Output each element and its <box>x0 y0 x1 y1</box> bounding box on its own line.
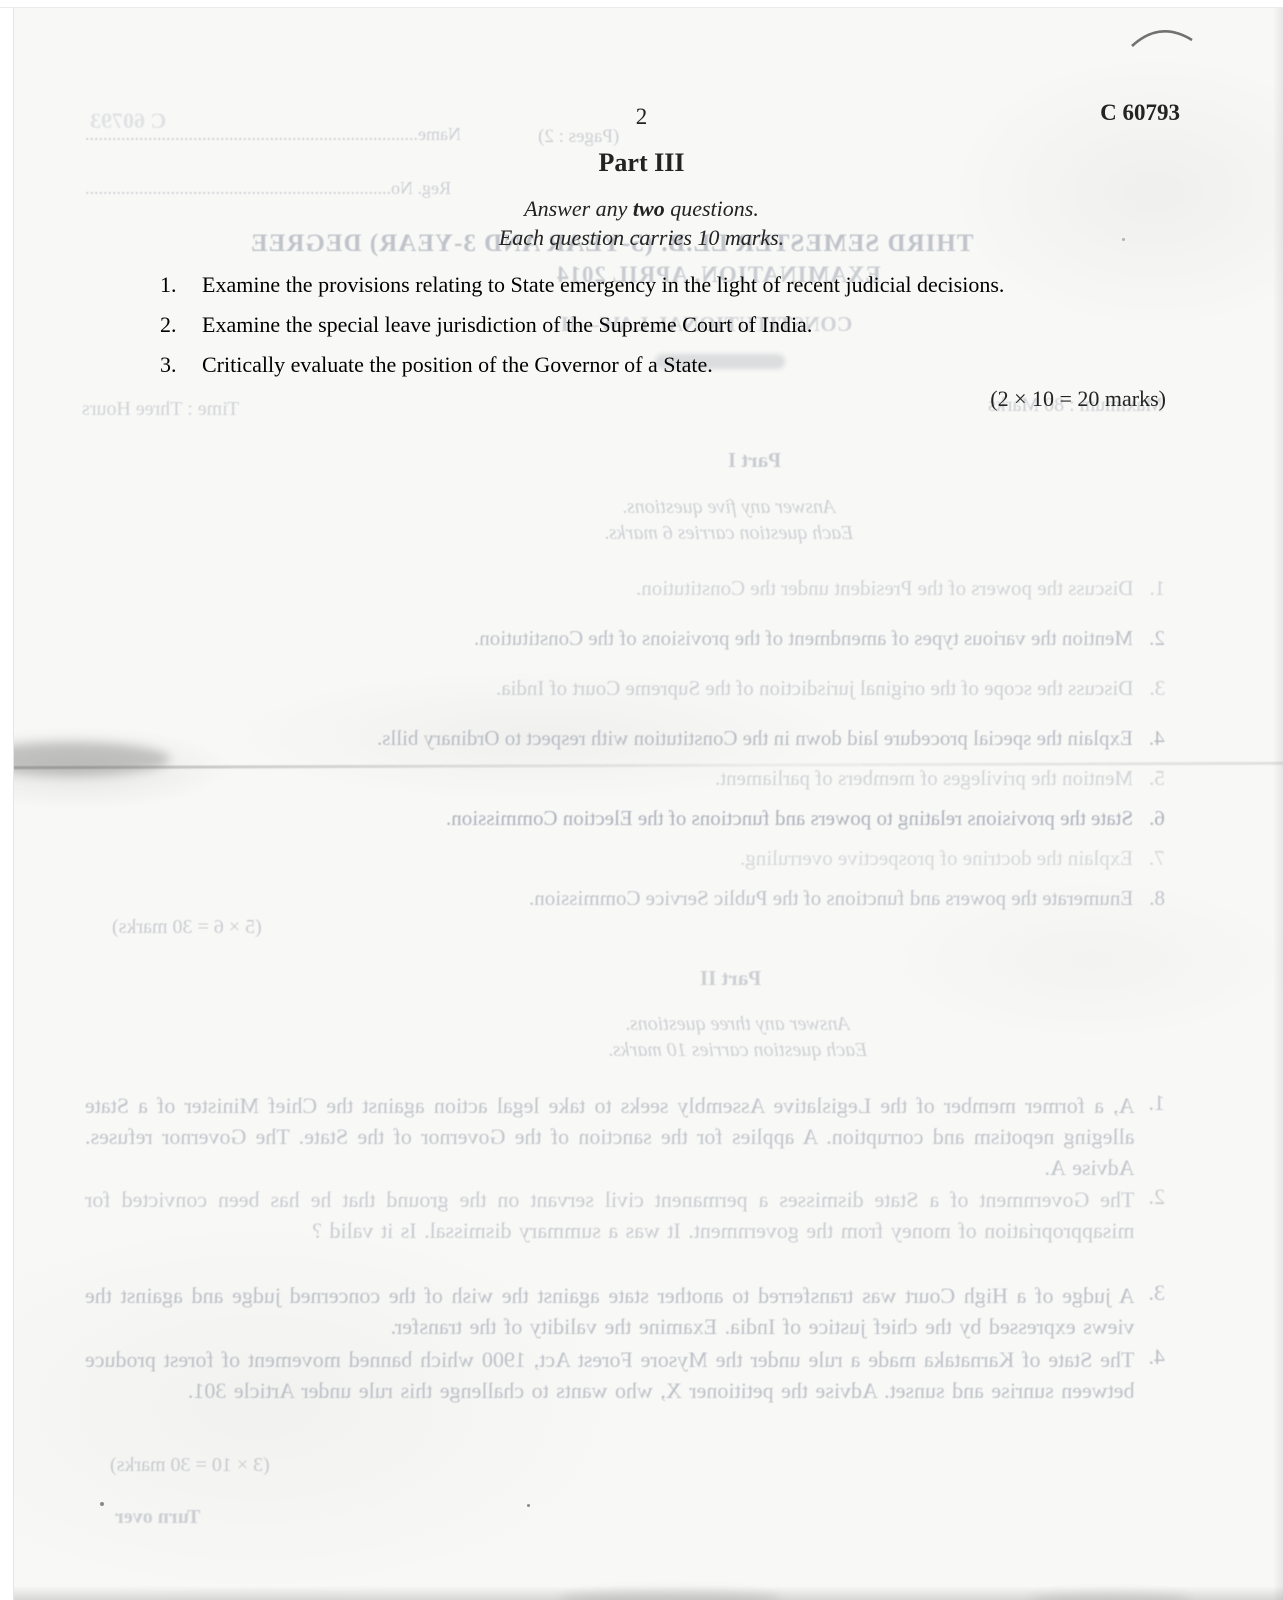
scan-bottom-shadow <box>0 1586 1283 1600</box>
scan-margin-left <box>0 0 14 1600</box>
ghost-part2-instruction-2: Each question carries 10 marks. <box>608 1039 867 1062</box>
ghost-question-text: Explain the doctrine of prospective over… <box>740 846 1133 871</box>
ghost-question-text: The State of Karnataka made a rule under… <box>85 1344 1135 1406</box>
ghost-question-text: A, a former member of the Legislative As… <box>85 1090 1135 1183</box>
ink-speck <box>527 1504 530 1507</box>
ghost-question-text: Explain the special procedure laid down … <box>377 726 1133 751</box>
instruction-line-2: Each question carries 10 marks. <box>0 225 1283 251</box>
ghost-time-line: Time : Three Hours <box>82 398 239 421</box>
paper-code: C 60793 <box>1100 100 1180 126</box>
ghost-question-text: Discuss the powers of the President unde… <box>636 576 1134 601</box>
ghost-part1-item: 3. Discuss the scope of the original jur… <box>496 676 1165 701</box>
ghost-part1-heading: Part I <box>728 448 781 473</box>
question-item: 1. Examine the provisions relating to St… <box>160 272 1170 298</box>
ghost-part2-item: 4. The State of Karnataka made a rule un… <box>85 1344 1165 1406</box>
ghost-part1-item: 8. Enumerate the powers and functions of… <box>529 886 1165 911</box>
ghost-part2-marks: (3 × 10 = 30 marks) <box>110 1454 270 1477</box>
ink-speck <box>100 1502 104 1506</box>
question-number: 2. <box>160 312 202 338</box>
ghost-question-number: 4. <box>1149 1344 1166 1370</box>
ghost-question-text: Enumerate the powers and functions of th… <box>529 886 1133 911</box>
question-item: 3. Critically evaluate the position of t… <box>160 352 1170 378</box>
instruction-line-1: Answer any two questions. <box>0 196 1283 222</box>
page-curl-mark <box>1128 18 1198 52</box>
question-number: 1. <box>160 272 202 298</box>
ghost-question-number: 3. <box>1149 1280 1166 1306</box>
ghost-part2-item: 2. The Government of a State dismisses a… <box>85 1184 1165 1246</box>
part-heading: Part III <box>0 148 1283 178</box>
ghost-question-number: 1. <box>1149 576 1165 601</box>
ghost-part1-marks: (5 × 6 = 30 marks) <box>112 916 262 939</box>
instruction-pre: Answer any <box>524 196 633 221</box>
ghost-question-text: State the provisions relating to powers … <box>446 806 1133 831</box>
page-number: 2 <box>0 104 1283 130</box>
ghost-part1-item: 6. State the provisions relating to powe… <box>446 806 1165 831</box>
ghost-question-text: A judge of a High Court was transferred … <box>85 1280 1135 1342</box>
question-item: 2. Examine the special leave jurisdictio… <box>160 312 1170 338</box>
ghost-part1-item: 4. Explain the special procedure laid do… <box>377 726 1165 751</box>
marks-total: (2 × 10 = 20 marks) <box>990 386 1166 412</box>
ghost-part1-item: 2. Mention the various types of amendmen… <box>474 626 1165 651</box>
question-text: Critically evaluate the position of the … <box>202 352 713 378</box>
instruction-post: questions. <box>665 196 759 221</box>
ghost-part1-item: 5. Mention the privileges of members of … <box>715 766 1165 791</box>
question-text: Examine the provisions relating to State… <box>202 272 1004 298</box>
ghost-question-text: The Government of a State dismisses a pe… <box>85 1184 1135 1246</box>
ink-speck <box>1122 238 1125 241</box>
question-text: Examine the special leave jurisdiction o… <box>202 312 812 338</box>
scan-right-shadow <box>1273 0 1283 1600</box>
scanned-exam-page: { "front": { "page_number": "2", "paper_… <box>0 0 1283 1600</box>
ghost-question-number: 7. <box>1149 846 1165 871</box>
ghost-question-text: Mention the various types of amendment o… <box>474 626 1133 651</box>
ghost-part2-item: 1. A, a former member of the Legislative… <box>85 1090 1165 1183</box>
ghost-part2-heading: Part II <box>700 966 761 991</box>
ghost-question-number: 8. <box>1149 886 1165 911</box>
ghost-question-number: 2. <box>1149 1184 1166 1210</box>
ghost-part2-instruction-1: Answer any three questions. <box>625 1013 850 1036</box>
ghost-question-number: 6. <box>1149 806 1165 831</box>
ghost-question-number: 3. <box>1149 676 1165 701</box>
ghost-question-number: 5. <box>1149 766 1165 791</box>
question-number: 3. <box>160 352 202 378</box>
ghost-question-text: Mention the privileges of members of par… <box>715 766 1133 791</box>
ghost-part1-instruction-1: Answer any five questions. <box>622 496 835 519</box>
instruction-bold-word: two <box>633 196 665 221</box>
ghost-part1-item: 1. Discuss the powers of the President u… <box>636 576 1165 601</box>
ghost-part2-item: 3. A judge of a High Court was transferr… <box>85 1280 1165 1342</box>
ghost-question-number: 2. <box>1149 626 1165 651</box>
ghost-part1-item: 7. Explain the doctrine of prospective o… <box>740 846 1165 871</box>
ghost-question-number: 4. <box>1149 726 1165 751</box>
scan-margin-top <box>0 0 1283 8</box>
ghost-question-text: Discuss the scope of the original jurisd… <box>496 676 1133 701</box>
ghost-part1-instruction-2: Each question carries 6 marks. <box>604 522 853 545</box>
ghost-question-number: 1. <box>1149 1090 1166 1116</box>
ghost-turn-over: Turn over <box>115 1506 200 1529</box>
